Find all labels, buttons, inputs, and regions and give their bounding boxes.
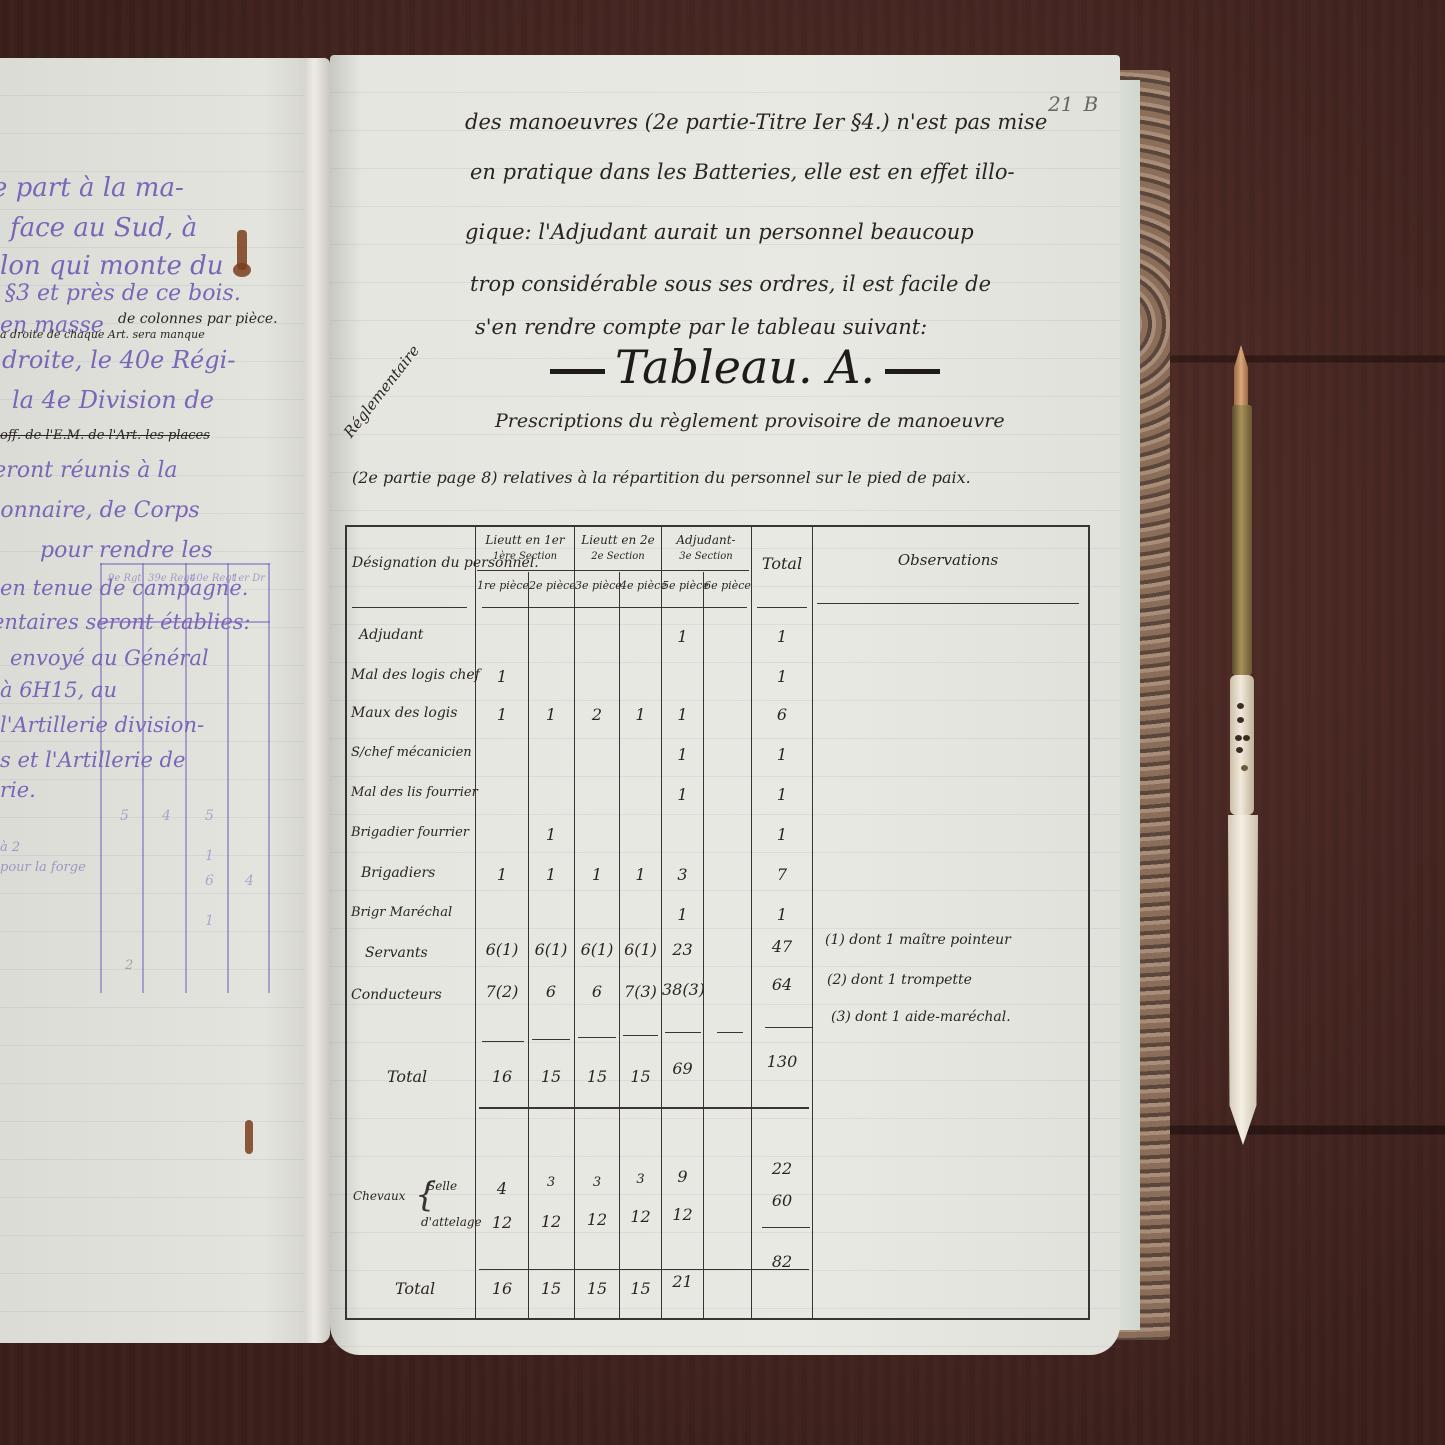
rust-stain — [245, 1120, 253, 1154]
ink-annotation: a droite de chaque Art. sera manque — [0, 328, 205, 341]
piece-header: 1re pièce — [477, 579, 527, 592]
purple-handwriting-line: s et l'Artillerie de — [0, 748, 185, 772]
observation-note: (2) dont 1 trompette — [827, 972, 972, 988]
purple-handwriting-line: seront réunis à la — [0, 458, 178, 483]
piece-header: 4e pièce — [620, 579, 661, 592]
prose-line: trop considérable sous ses ordres, il es… — [470, 272, 991, 296]
observation-note: (1) dont 1 maître pointeur — [825, 932, 1011, 948]
piece-header: 2e pièce — [529, 579, 573, 592]
purple-handwriting-line: l'Artillerie division- — [0, 713, 204, 737]
group-subheader: 1ère Section — [479, 551, 571, 562]
prose-line: gique: l'Adjudant aurait un personnel be… — [465, 220, 974, 244]
dip-pen — [1222, 345, 1268, 1145]
pen-brass-holder — [1232, 405, 1252, 675]
purple-handwriting-line: rie. — [0, 778, 36, 802]
prose-line: en pratique dans les Batteries, elle est… — [470, 160, 1015, 184]
faint-note: pour la forge — [0, 860, 86, 875]
designation-header: Désignation du personnel. — [352, 555, 472, 571]
prose-line: des manoeuvres (2e partie-Titre Ier §4.)… — [465, 110, 1047, 134]
purple-handwriting-line: face au Sud, à — [10, 213, 197, 243]
purple-handwriting-line: la 4e Division de — [12, 386, 214, 414]
prose-line: s'en rendre compte par le tableau suivan… — [475, 315, 927, 339]
purple-handwriting-line: §3 et près de ce bois. — [5, 281, 241, 306]
table-subtitle: Prescriptions du règlement provisoire de… — [495, 410, 1005, 432]
table-title: Tableau. A. — [540, 340, 950, 394]
piece-header: 3e pièce — [575, 579, 619, 592]
total-header: Total — [752, 554, 812, 573]
page-fold — [304, 58, 330, 1343]
purple-handwriting-line: envoyé au Général — [10, 646, 209, 670]
purple-handwriting-line: sionnaire, de Corps — [0, 498, 200, 523]
page-number: 21B — [1048, 92, 1098, 116]
personnel-table: Désignation du personnel. Lieutt en 1er … — [345, 525, 1090, 1320]
purple-handwriting-line: en tenue de campagne. — [0, 576, 248, 600]
horses-label: Chevaux — [353, 1189, 405, 1203]
group-header: Lieutt en 1er — [479, 533, 571, 547]
struck-annotation: off. de l'E.M. de l'Art. les places — [0, 428, 210, 443]
pen-nib-icon — [1234, 345, 1248, 410]
observation-note: (3) dont 1 aide-maréchal. — [831, 1009, 1011, 1025]
ink-annotation: de colonnes par pièce. — [118, 311, 278, 327]
left-page: 9e Rgt 39e Regt 40e Regt 1er Dr 5 4 5 1 … — [0, 58, 330, 1343]
purple-handwriting-line: droite, le 40e Régi- — [2, 346, 235, 374]
observations-header: Observations — [817, 551, 1079, 569]
piece-header: 6e pièce — [704, 579, 751, 592]
group-header: Adjudant- — [663, 533, 749, 547]
group-subheader: 2e Section — [577, 551, 659, 562]
title-dash — [550, 369, 605, 374]
purple-handwriting-line: e part à la ma- — [0, 173, 184, 203]
faint-note: à 2 — [0, 840, 20, 855]
rust-stain — [233, 263, 251, 277]
piece-header: 5e pièce — [662, 579, 703, 592]
purple-handwriting-line: entaires seront établies: — [0, 610, 251, 634]
purple-handwriting-line: pour rendre les — [40, 538, 213, 563]
pen-letter-opener-blade — [1228, 815, 1258, 1145]
group-header: Lieutt en 2e — [577, 533, 659, 547]
table-subtitle: (2e partie page 8) relatives à la répart… — [352, 468, 971, 487]
group-subheader: 3e Section — [663, 551, 749, 562]
title-dash — [885, 369, 940, 374]
pen-bone-grip — [1230, 675, 1254, 815]
purple-handwriting-line: à 6H15, au — [0, 678, 117, 702]
purple-handwriting-line: lon qui monte du — [0, 251, 224, 281]
